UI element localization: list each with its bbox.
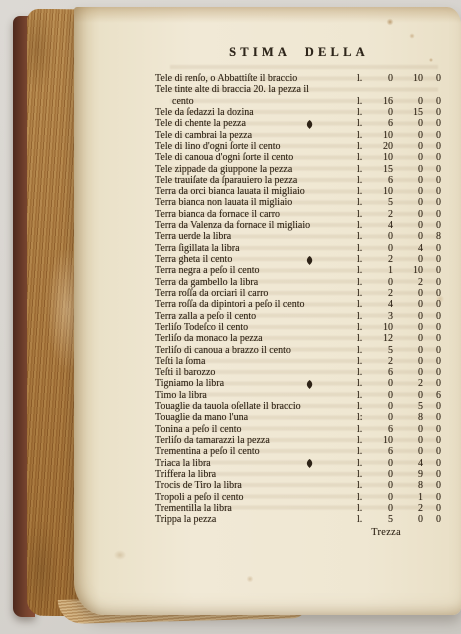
list-item: Tele di renſo, o Abbattiſte il bracciol.… [155, 73, 443, 84]
list-item: Terra gheta il centol.200 [155, 254, 443, 265]
value-soldi: 15 [393, 107, 423, 118]
value-denari: 0 [423, 480, 441, 491]
value-soldi: 0 [393, 254, 423, 265]
item-name: Triffera la libra [155, 469, 357, 480]
value-soldi: 0 [393, 220, 423, 231]
item-name: Terra zalla a peſo il cento [155, 311, 357, 322]
item-name: Terliſo di canoua a brazzo il cento [155, 345, 357, 356]
unit-label: l. [357, 265, 371, 276]
unit-label: l. [357, 96, 371, 107]
list-item: Tele di canoua d'ogni ſorte il centol.10… [155, 152, 443, 163]
value-lire: 6 [371, 118, 393, 129]
value-lire: 12 [371, 333, 393, 344]
value-denari: 0 [423, 197, 441, 208]
item-name: Touaglie da tauola oſellate il braccio [155, 401, 357, 412]
value-soldi: 0 [393, 130, 423, 141]
item-name: Terra negra a peſo il cento [155, 265, 357, 276]
value-lire: 10 [371, 435, 393, 446]
list-item: Tele trauiſate da ſparauiero la pezzal.6… [155, 175, 443, 186]
value-soldi: 2 [393, 277, 423, 288]
value-soldi: 0 [393, 446, 423, 457]
unit-label: l. [357, 322, 371, 333]
list-item: Teſti il barozzol.600 [155, 367, 443, 378]
unit-label: l. [357, 480, 371, 491]
list-item: Teſti la ſomal.200 [155, 356, 443, 367]
value-lire: 0 [371, 73, 393, 84]
unit-label: l. [357, 401, 371, 412]
item-name: Trementilla la libra [155, 503, 357, 514]
unit-label: l. [357, 197, 371, 208]
list-item: Terra zalla a peſo il centol.300 [155, 311, 443, 322]
list-item: Tonina a peſo il centol.600 [155, 424, 443, 435]
value-lire: 20 [371, 141, 393, 152]
value-soldi: 0 [393, 333, 423, 344]
unit-label: l. [357, 299, 371, 310]
list-item: Terra negra a peſo il centol.1100 [155, 265, 443, 276]
value-denari: 0 [423, 118, 441, 129]
item-name: Teſti la ſoma [155, 356, 357, 367]
value-denari: 0 [423, 265, 441, 276]
list-item: Terra da Valenza da fornace il migliaiol… [155, 220, 443, 231]
unit-label: l. [357, 514, 371, 525]
item-name: Terra da gambello la libra [155, 277, 357, 288]
unit-label: l. [357, 356, 371, 367]
item-name: Terliſo da tamarazzi la pezza [155, 435, 357, 446]
value-denari: 0 [423, 220, 441, 231]
value-lire: 10 [371, 322, 393, 333]
list-item: Terliſo da monaco la pezzal.1200 [155, 333, 443, 344]
item-name: Terra bianca da fornace il carro [155, 209, 357, 220]
list-item: Terra bianca non lauata il migliaiol.500 [155, 197, 443, 208]
value-soldi: 0 [393, 197, 423, 208]
fleuron-icon [306, 459, 313, 468]
value-denari: 0 [423, 141, 441, 152]
list-item: Tigniamo la libral.020 [155, 378, 443, 389]
value-soldi: 0 [393, 345, 423, 356]
item-name: cento [155, 96, 357, 107]
catchword: Trezza [371, 527, 401, 538]
value-lire: 10 [371, 130, 393, 141]
list-item: Terra da gambello la libral.020 [155, 277, 443, 288]
item-name: Tele di cambrai la pezza [155, 130, 357, 141]
photo-background: STIMA DELLA Tele di renſo, o Abbattiſte … [0, 0, 461, 634]
page-edges-stack [27, 9, 79, 616]
value-denari: 0 [423, 492, 441, 503]
value-lire: 4 [371, 220, 393, 231]
item-name: Terra bianca non lauata il migliaio [155, 197, 357, 208]
item-name: Touaglie da mano l'una [155, 412, 357, 423]
unit-label: l. [357, 333, 371, 344]
unit-label: l. [357, 243, 371, 254]
value-soldi: 0 [393, 118, 423, 129]
value-lire: 0 [371, 469, 393, 480]
value-soldi: 0 [393, 231, 423, 242]
unit-label: l: [357, 412, 371, 423]
list-item: Terliſo da tamarazzi la pezzal.1000 [155, 435, 443, 446]
item-name: Teſti il barozzo [155, 367, 357, 378]
value-soldi: 1 [393, 492, 423, 503]
value-soldi: 10 [393, 265, 423, 276]
value-denari: 0 [423, 503, 441, 514]
value-soldi: 4 [393, 458, 423, 469]
value-soldi: 2 [393, 378, 423, 389]
value-lire: 10 [371, 186, 393, 197]
value-denari: 0 [423, 130, 441, 141]
unit-label: l. [357, 209, 371, 220]
value-soldi: 0 [393, 356, 423, 367]
value-denari: 0 [423, 299, 441, 310]
value-denari: 0 [423, 446, 441, 457]
value-lire: 0 [371, 412, 393, 423]
value-denari: 0 [423, 73, 441, 84]
value-lire: 0 [371, 390, 393, 401]
value-soldi: 0 [393, 209, 423, 220]
list-item: Terliſo Todeſco il centol.1000 [155, 322, 443, 333]
item-name: Tele da ſedazzi la dozina [155, 107, 357, 118]
value-soldi: 0 [393, 311, 423, 322]
value-denari: 0 [423, 514, 441, 525]
value-lire: 0 [371, 458, 393, 469]
value-denari: 0 [423, 164, 441, 175]
fleuron-icon [306, 120, 313, 129]
value-lire: 2 [371, 254, 393, 265]
value-lire: 0 [371, 243, 393, 254]
item-name: Trippa la pezza [155, 514, 357, 525]
item-name: Terliſo Todeſco il cento [155, 322, 357, 333]
value-soldi: 4 [393, 243, 423, 254]
value-lire: 2 [371, 288, 393, 299]
list-item: Triaca la libral.040 [155, 458, 443, 469]
item-name: Tele di renſo, o Abbattiſte il braccio [155, 73, 357, 84]
value-lire: 4 [371, 299, 393, 310]
unit-label: l. [357, 141, 371, 152]
unit-label: l. [357, 345, 371, 356]
list-item: Tele di cambrai la pezzal.1000 [155, 130, 443, 141]
unit-label: l. [357, 311, 371, 322]
list-item: Trocis de Tiro la libral.080 [155, 480, 443, 491]
item-name: Triaca la libra [155, 458, 357, 469]
value-lire: 10 [371, 152, 393, 163]
list-item: Terra bianca da fornace il carrol.200 [155, 209, 443, 220]
unit-label: l. [357, 220, 371, 231]
unit-label: l. [357, 107, 371, 118]
value-lire: 0 [371, 277, 393, 288]
value-denari: 0 [423, 209, 441, 220]
value-soldi: 5 [393, 401, 423, 412]
item-name: Tele di canoua d'ogni ſorte il cento [155, 152, 357, 163]
list-item: Terliſo di canoua a brazzo il centol.500 [155, 345, 443, 356]
unit-label: l. [357, 277, 371, 288]
value-lire: 0 [371, 503, 393, 514]
value-soldi: 0 [393, 186, 423, 197]
value-denari: 8 [423, 231, 441, 242]
value-lire: 16 [371, 96, 393, 107]
list-item: Terra ſigillata la libral.040 [155, 243, 443, 254]
unit-label: l. [357, 73, 371, 84]
value-lire: 6 [371, 367, 393, 378]
value-lire: 6 [371, 446, 393, 457]
unit-label: l. [357, 254, 371, 265]
value-soldi: 0 [393, 514, 423, 525]
unit-label: l. [357, 164, 371, 175]
item-name: Terliſo da monaco la pezza [155, 333, 357, 344]
item-name: Terra da orci bianca lauata il migliaio [155, 186, 357, 197]
value-soldi: 0 [393, 164, 423, 175]
item-name: Tigniamo la libra [155, 378, 357, 389]
page-content: STIMA DELLA Tele di renſo, o Abbattiſte … [155, 45, 443, 538]
price-list: Tele di renſo, o Abbattiſte il bracciol.… [155, 73, 443, 526]
unit-label: l. [357, 186, 371, 197]
value-lire: 2 [371, 356, 393, 367]
value-denari: 0 [423, 96, 441, 107]
value-lire: 15 [371, 164, 393, 175]
item-name: Terra roſſa da orciari il carro [155, 288, 357, 299]
value-soldi: 8 [393, 412, 423, 423]
list-item: Terra uerde la libral.008 [155, 231, 443, 242]
value-soldi: 0 [393, 435, 423, 446]
value-soldi: 10 [393, 73, 423, 84]
value-lire: 0 [371, 492, 393, 503]
unit-label: l. [357, 469, 371, 480]
value-soldi: 0 [393, 299, 423, 310]
value-denari: 0 [423, 378, 441, 389]
unit-label: l. [357, 435, 371, 446]
value-lire: 5 [371, 514, 393, 525]
book-page: STIMA DELLA Tele di renſo, o Abbattiſte … [74, 7, 461, 615]
list-item: Tele da ſedazzi la dozinal.0150 [155, 107, 443, 118]
value-soldi: 2 [393, 503, 423, 514]
list-item: Trippa la pezzal.500 [155, 514, 443, 525]
value-lire: 0 [371, 480, 393, 491]
list-item: Touaglie da mano l'unal:080 [155, 412, 443, 423]
value-denari: 0 [423, 424, 441, 435]
item-name: Tele di chente la pezza [155, 118, 357, 129]
value-denari: 0 [423, 322, 441, 333]
value-soldi: 8 [393, 480, 423, 491]
fleuron-icon [306, 380, 313, 389]
value-denari: 0 [423, 311, 441, 322]
list-item: Tropoli a peſo il centol.010 [155, 492, 443, 503]
value-denari: 0 [423, 175, 441, 186]
unit-label: l. [357, 424, 371, 435]
value-lire: 0 [371, 378, 393, 389]
list-item: Triffera la libral.090 [155, 469, 443, 480]
unit-label: l. [357, 446, 371, 457]
unit-label: l. [357, 130, 371, 141]
list-item: Tele di lino d'ogni ſorte il centol.2000 [155, 141, 443, 152]
item-name: Terra da Valenza da fornace il migliaio [155, 220, 357, 231]
value-soldi: 0 [393, 152, 423, 163]
list-item: Terra roſſa da dipintori a peſo il cento… [155, 299, 443, 310]
value-lire: 6 [371, 175, 393, 186]
item-name: Terra ſigillata la libra [155, 243, 357, 254]
value-soldi: 0 [393, 288, 423, 299]
list-item: Trementilla la libral.020 [155, 503, 443, 514]
unit-label: l. [357, 503, 371, 514]
item-name: Tele zippade da giuppone la pezza [155, 164, 357, 175]
list-item: Trementina a peſo il centol.600 [155, 446, 443, 457]
item-name: Tropoli a peſo il cento [155, 492, 357, 503]
fleuron-icon [306, 256, 313, 265]
item-name: Terra gheta il cento [155, 254, 357, 265]
list-item: Timo la libral.006 [155, 390, 443, 401]
value-denari: 0 [423, 412, 441, 423]
value-soldi: 0 [393, 322, 423, 333]
value-denari: 0 [423, 401, 441, 412]
value-lire: 3 [371, 311, 393, 322]
unit-label: l. [357, 152, 371, 163]
unit-label: l. [357, 378, 371, 389]
unit-label: l. [357, 118, 371, 129]
value-denari: 0 [423, 345, 441, 356]
value-denari: 0 [423, 277, 441, 288]
item-name: Timo la libra [155, 390, 357, 401]
item-name: Trocis de Tiro la libra [155, 480, 357, 491]
value-denari: 0 [423, 107, 441, 118]
value-denari: 0 [423, 469, 441, 480]
value-soldi: 0 [393, 424, 423, 435]
value-denari: 0 [423, 152, 441, 163]
value-lire: 2 [371, 209, 393, 220]
unit-label: l. [357, 458, 371, 469]
value-soldi: 0 [393, 367, 423, 378]
value-lire: 6 [371, 424, 393, 435]
list-item: Tele zippade da giuppone la pezzal.1500 [155, 164, 443, 175]
value-soldi: 9 [393, 469, 423, 480]
unit-label: l. [357, 367, 371, 378]
value-denari: 0 [423, 367, 441, 378]
running-header: STIMA DELLA [155, 45, 443, 67]
list-item: Tele di chente la pezzal.600 [155, 118, 443, 129]
unit-label: l. [357, 175, 371, 186]
item-name: Trementina a peſo il cento [155, 446, 357, 457]
value-denari: 0 [423, 356, 441, 367]
value-denari: 6 [423, 390, 441, 401]
value-denari: 0 [423, 186, 441, 197]
value-soldi: 0 [393, 141, 423, 152]
value-denari: 0 [423, 435, 441, 446]
item-name: Terra uerde la libra [155, 231, 357, 242]
item-name: Tele di lino d'ogni ſorte il cento [155, 141, 357, 152]
value-denari: 0 [423, 288, 441, 299]
list-item: Tele tinte alte di braccia 20. la pezza … [155, 84, 443, 95]
item-name: Tonina a peſo il cento [155, 424, 357, 435]
value-denari: 0 [423, 254, 441, 265]
value-lire: 5 [371, 345, 393, 356]
value-denari: 0 [423, 333, 441, 344]
value-denari: 0 [423, 243, 441, 254]
item-name: Tele tinte alte di braccia 20. la pezza … [155, 84, 357, 95]
unit-label: l. [357, 492, 371, 503]
list-item: Terra da orci bianca lauata il migliaiol… [155, 186, 443, 197]
value-lire: 0 [371, 107, 393, 118]
value-lire: 0 [371, 231, 393, 242]
item-name: Terra roſſa da dipintori a peſo il cento [155, 299, 357, 310]
unit-label: l. [357, 288, 371, 299]
value-soldi: 0 [393, 175, 423, 186]
value-lire: 1 [371, 265, 393, 276]
value-soldi: 0 [393, 96, 423, 107]
list-item: centol.1600 [155, 96, 443, 107]
list-item: Terra roſſa da orciari il carrol.200 [155, 288, 443, 299]
item-name: Tele trauiſate da ſparauiero la pezza [155, 175, 357, 186]
unit-label: l. [357, 231, 371, 242]
value-soldi: 0 [393, 390, 423, 401]
unit-label: l. [357, 390, 371, 401]
value-denari: 0 [423, 458, 441, 469]
list-item: Touaglie da tauola oſellate il bracciol.… [155, 401, 443, 412]
value-lire: 0 [371, 401, 393, 412]
value-lire: 5 [371, 197, 393, 208]
